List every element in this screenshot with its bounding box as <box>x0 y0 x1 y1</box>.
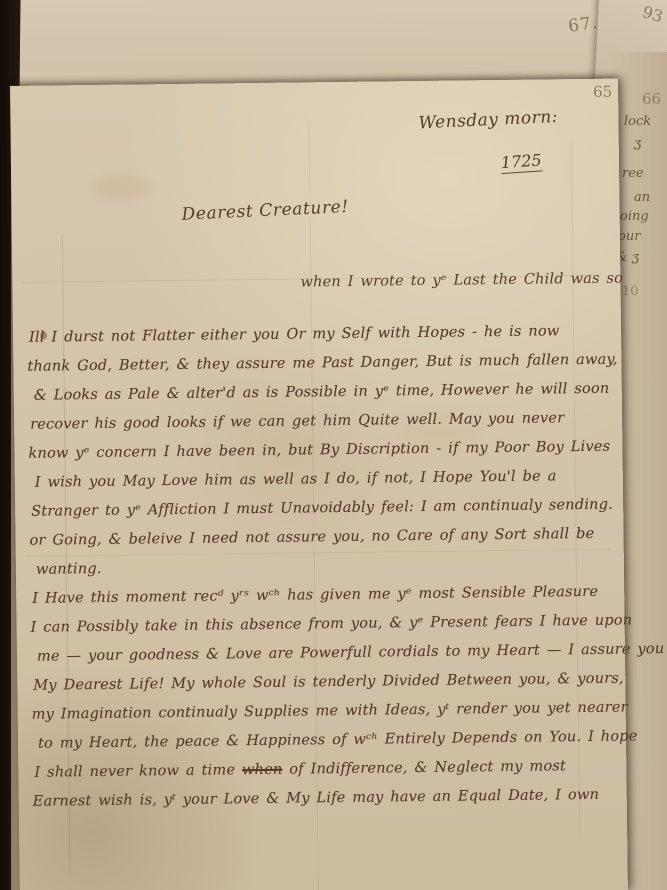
manuscript-photo: 67. 93 66 lockʒreeanoingour& ʒ10 65 Wens… <box>0 0 667 890</box>
page-number-93: 93 <box>640 2 665 26</box>
fragment-6: our <box>618 229 640 244</box>
letter-date: Wensday morn: <box>418 107 558 134</box>
fragment-3: ree <box>622 166 644 181</box>
letter-page: 65 Wensday morn: 1725 Dearest Creature! … <box>10 79 628 890</box>
fragment-1: lock <box>624 114 651 129</box>
struck-word: when <box>242 762 283 778</box>
letter-opening-line: when I wrote to yᵉ Last the Child was so <box>300 271 623 291</box>
letter-line-17: Earnest wish is, yᵗ your Love & My Life … <box>33 781 620 817</box>
page-number-65: 65 <box>593 83 612 101</box>
fragment-8: 10 <box>622 284 639 299</box>
paper-stain <box>91 174 151 201</box>
fragment-4: an <box>634 190 650 205</box>
page-number-66: 66 <box>642 90 661 108</box>
fragment-5: oing <box>620 209 649 224</box>
page-number-67: 67. <box>567 13 600 37</box>
letter-body: Ill I durst not Flatter either you Or my… <box>29 317 620 817</box>
fragment-2: ʒ <box>634 136 641 151</box>
letter-year: 1725 <box>500 150 542 174</box>
letter-salutation: Dearest Creature! <box>181 197 349 225</box>
